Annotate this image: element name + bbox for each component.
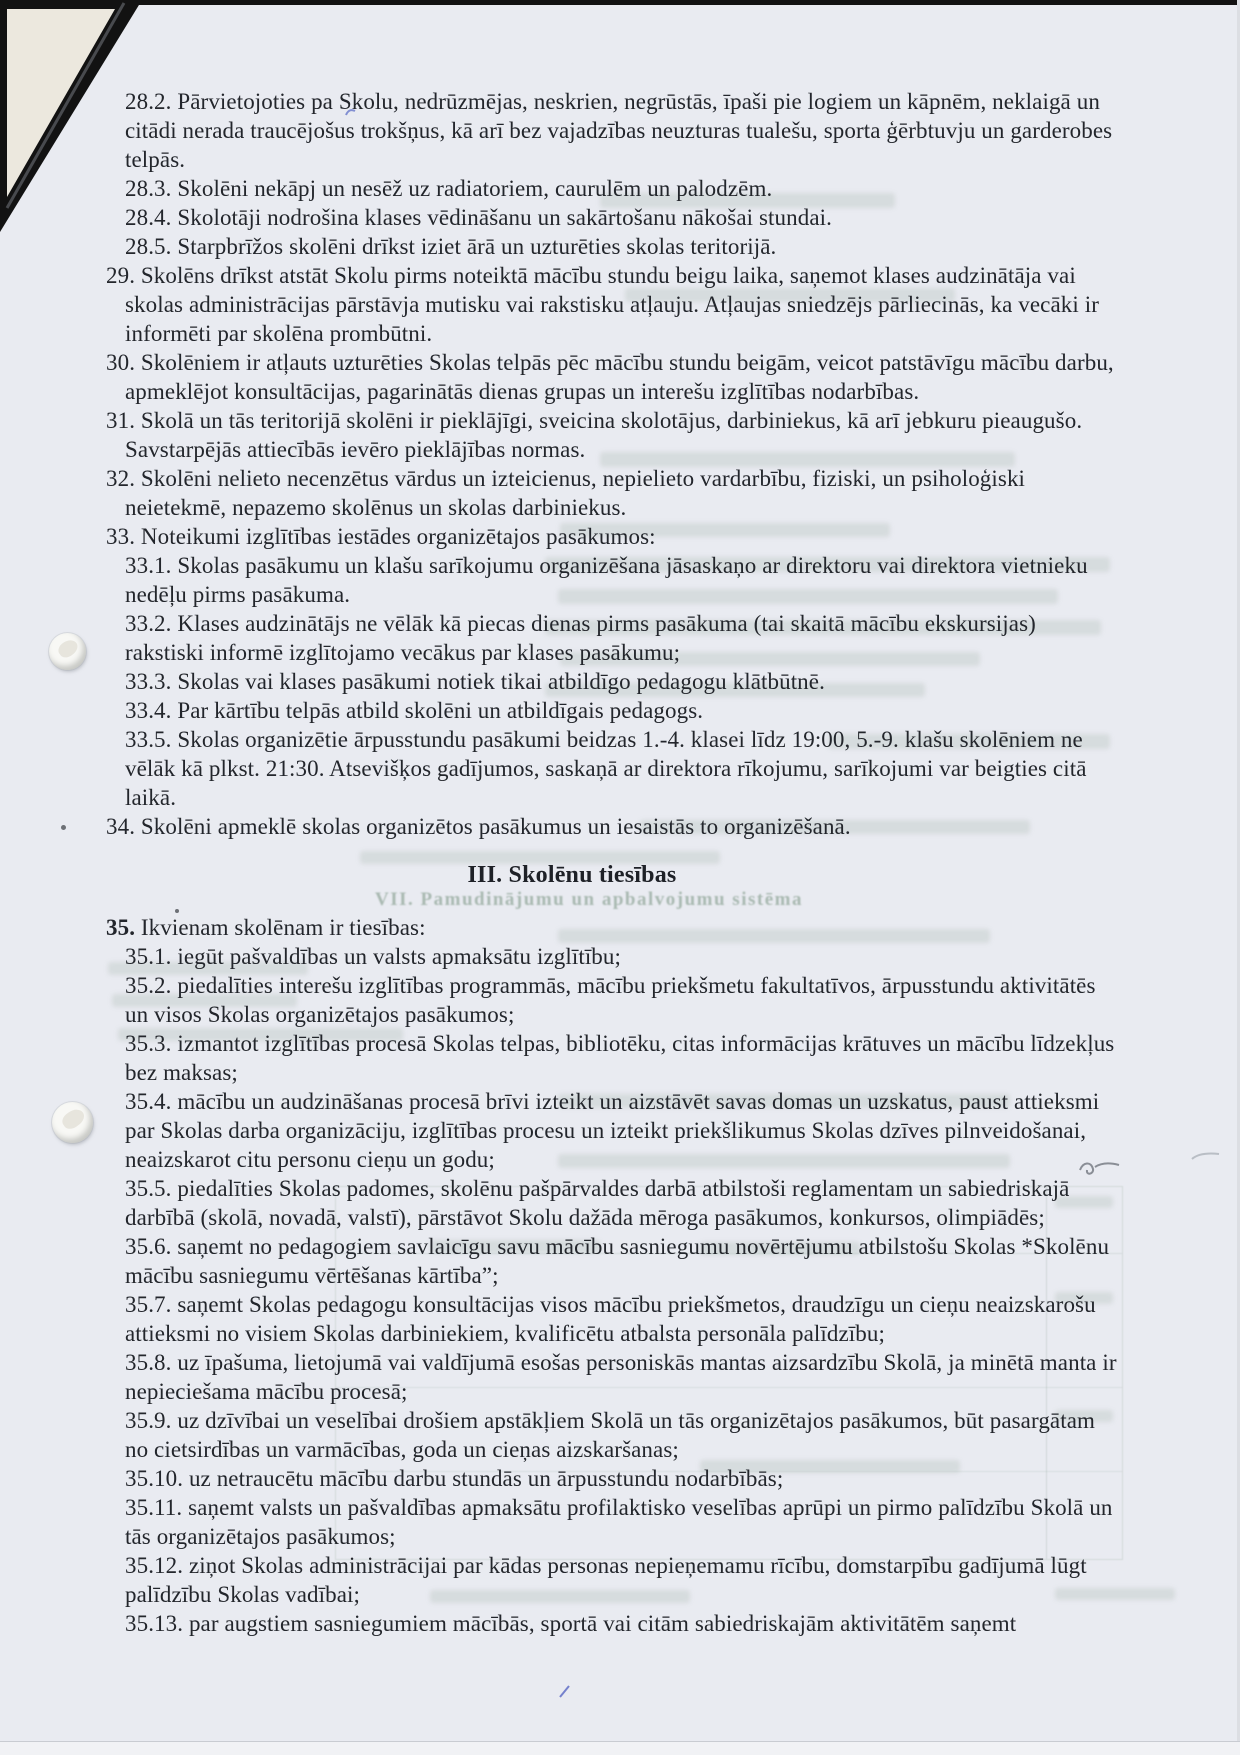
rule-number: 30.	[106, 350, 141, 375]
rule-number: 29.	[106, 263, 141, 288]
rule-number: 35.10.	[125, 1466, 189, 1491]
pen-dash-mark	[1191, 1150, 1221, 1164]
rule-number: 33.2.	[125, 611, 177, 636]
rule-item-35-6: 35.6. saņemt no pedagogiem savlaicīgu sa…	[125, 1232, 1119, 1290]
stray-dot	[61, 825, 66, 830]
rule-number: 33.	[106, 524, 141, 549]
rule-item-35-12: 35.12. ziņot Skolas administrācijai par …	[125, 1551, 1119, 1609]
rule-number: 35.9.	[125, 1408, 177, 1433]
rule-item-33-3: 33.3. Skolas vai klases pasākumi notiek …	[125, 667, 1119, 696]
punch-hole	[52, 1102, 93, 1143]
rule-item-34: 34. Skolēni apmeklē skolas organizētos p…	[125, 812, 1119, 841]
rule-number: 35.8.	[125, 1350, 177, 1375]
rule-number: 35.2.	[125, 973, 177, 998]
rule-item-35-7: 35.7. saņemt Skolas pedagogu konsultācij…	[125, 1290, 1119, 1348]
rule-number: 35.3.	[125, 1031, 177, 1056]
rule-item-35-2: 35.2. piedalīties interešu izglītības pr…	[125, 971, 1119, 1029]
rule-number: 28.5.	[125, 234, 177, 259]
rule-item-30: 30. Skolēniem ir atļauts uzturēties Skol…	[125, 348, 1119, 406]
rule-number: 35.11.	[125, 1495, 188, 1520]
rule-item-33-5: 33.5. Skolas organizētie ārpusstundu pas…	[125, 725, 1119, 812]
rule-number: 33.1.	[125, 553, 177, 578]
punch-hole	[49, 633, 86, 670]
rules-section-3: 35. Ikvienam skolēnam ir tiesības:35.1. …	[125, 913, 1119, 1638]
rule-number: 35.7.	[125, 1292, 177, 1317]
rule-item-28-3: 28.3. Skolēni nekāpj un nesēž uz radiato…	[125, 174, 1119, 203]
rule-number: 35.4.	[125, 1089, 177, 1114]
rule-item-31: 31. Skolā un tās teritorijā skolēni ir p…	[125, 406, 1119, 464]
rule-number: 35.6.	[125, 1234, 177, 1259]
rule-number: 35.12.	[125, 1553, 189, 1578]
rule-number: 34.	[106, 814, 141, 839]
rule-item-35-5: 35.5. piedalīties Skolas padomes, skolēn…	[125, 1174, 1119, 1232]
rule-number: 35.1.	[125, 944, 177, 969]
rule-item-35-8: 35.8. uz īpašuma, lietojumā vai valdījum…	[125, 1348, 1119, 1406]
rule-item-28-2: 28.2. Pārvietojoties pa Skolu, nedrūzmēj…	[125, 87, 1119, 174]
rule-item-28-4: 28.4. Skolotāji nodrošina klases vēdināš…	[125, 203, 1119, 232]
rule-number: 28.3.	[125, 176, 177, 201]
rules-section-2: 28.2. Pārvietojoties pa Skolu, nedrūzmēj…	[125, 87, 1119, 841]
rule-number: 35.5.	[125, 1176, 177, 1201]
rule-item-33-4: 33.4. Par kārtību telpās atbild skolēni …	[125, 696, 1119, 725]
rule-item-35-11: 35.11. saņemt valsts un pašvaldības apma…	[125, 1493, 1119, 1551]
rule-item-35-10: 35.10. uz netraucētu mācību darbu stundā…	[125, 1464, 1119, 1493]
blue-ink-slash	[558, 1684, 572, 1700]
scanned-document-page: { "document": { "language": "Latvian", "…	[0, 0, 1240, 1755]
rule-number: 28.4.	[125, 205, 177, 230]
rule-item-35-3: 35.3. izmantot izglītības procesā Skolas…	[125, 1029, 1119, 1087]
document-text-column: 28.2. Pārvietojoties pa Skolu, nedrūzmēj…	[125, 87, 1119, 1638]
rule-item-33-1: 33.1. Skolas pasākumu un klašu sarīkojum…	[125, 551, 1119, 609]
rule-number: 28.2.	[125, 89, 177, 114]
rule-number: 32.	[106, 466, 141, 491]
rule-item-28-5: 28.5. Starpbrīžos skolēni drīkst iziet ā…	[125, 232, 1119, 261]
rule-number: 33.5.	[125, 727, 177, 752]
rule-item-32: 32. Skolēni nelieto necenzētus vārdus un…	[125, 464, 1119, 522]
rule-item-35-4: 35.4. mācību un audzināšanas procesā brī…	[125, 1087, 1119, 1174]
rule-number: 35.13.	[125, 1611, 189, 1636]
rule-number: 33.3.	[125, 669, 177, 694]
rule-item-35-9: 35.9. uz dzīvībai un veselībai drošiem a…	[125, 1406, 1119, 1464]
rule-item-29: 29. Skolēns drīkst atstāt Skolu pirms no…	[125, 261, 1119, 348]
rule-item-35-1: 35.1. iegūt pašvaldības un valsts apmaks…	[125, 942, 1119, 971]
rule-number: 35.	[106, 915, 141, 940]
section-heading: III. Skolēnu tiesības	[125, 861, 1019, 890]
rule-number: 31.	[106, 408, 141, 433]
paper-bottom-edge	[0, 1741, 1240, 1755]
rule-item-35: 35. Ikvienam skolēnam ir tiesības:	[125, 913, 1119, 942]
rule-number: 33.4.	[125, 698, 177, 723]
rule-item-35-13: 35.13. par augstiem sasniegumiem mācībās…	[125, 1609, 1119, 1638]
rule-item-33: 33. Noteikumi izglītības iestādes organi…	[125, 522, 1119, 551]
rule-item-33-2: 33.2. Klases audzinātājs ne vēlāk kā pie…	[125, 609, 1119, 667]
